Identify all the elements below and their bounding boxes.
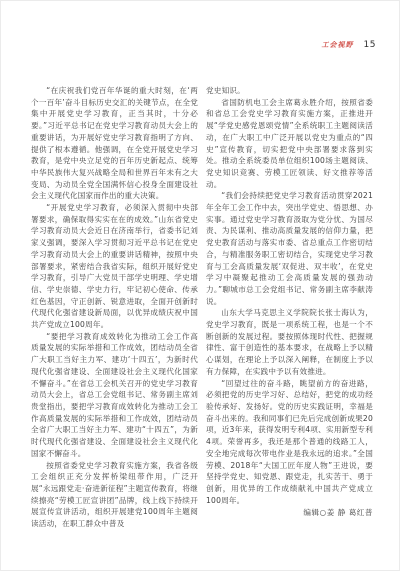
paragraph: “回望过往的奋斗路，眺望前方的奋进路，必须把党的历史学习好、总结好，把党的成功经… — [206, 378, 373, 507]
editor-credit: 编辑○姜 静 葛红普 — [206, 507, 373, 519]
paragraph: “在庆祝我们党百年华诞的重大时刻，在‘两个一百年’奋斗目标历史交汇的关键节点，在… — [31, 85, 198, 202]
paragraph: 山东大学马克思主义学院院长张士海认为，党史学习教育，既是一项系统工程，也是一个不… — [206, 307, 373, 377]
paragraph: 按照省委党史学习教育实施方案，我省各级工会组织正充分发挥桥梁纽带作用，广泛开展“… — [31, 460, 198, 530]
paragraph: 省国防机电工会主席葛永胜介绍，按照省委和省总工会党史学习教育实施方案，正推进开展… — [206, 97, 373, 191]
section-label: 工会视野 — [322, 40, 354, 50]
paragraph: “开展党史学习教育，必须深入贯彻中央部署要求，确保取得实实在在的成效。”山东省党… — [31, 202, 198, 331]
article-body: “在庆祝我们党百年华诞的重大时刻，在‘两个一百年’奋斗目标历史交汇的关键节点，在… — [31, 85, 373, 530]
page-number: 15 — [364, 40, 376, 50]
magazine-page: 工会视野 15 “在庆祝我们党百年华诞的重大时刻，在‘两个一百年’奋斗目标历史交… — [0, 0, 400, 571]
page-header: 工会视野 15 — [322, 40, 376, 50]
paragraph: “我们会持续把党史学习教育活动贯穿2021年全年工会工作中去，突出学党史、悟思想… — [206, 190, 373, 307]
right-column: 党史知识。 省国防机电工会主席葛永胜介绍，按照省委和省总工会党史学习教育实施方案… — [206, 85, 373, 530]
paragraph-continuation: 党史知识。 — [206, 85, 373, 97]
left-column: “在庆祝我们党百年华诞的重大时刻，在‘两个一百年’奋斗目标历史交汇的关键节点，在… — [31, 85, 198, 530]
paragraph: “要把学习教育成效转化为推动工会工作高质量发展的实际举措和工作成效，团结动员全省… — [31, 331, 198, 460]
